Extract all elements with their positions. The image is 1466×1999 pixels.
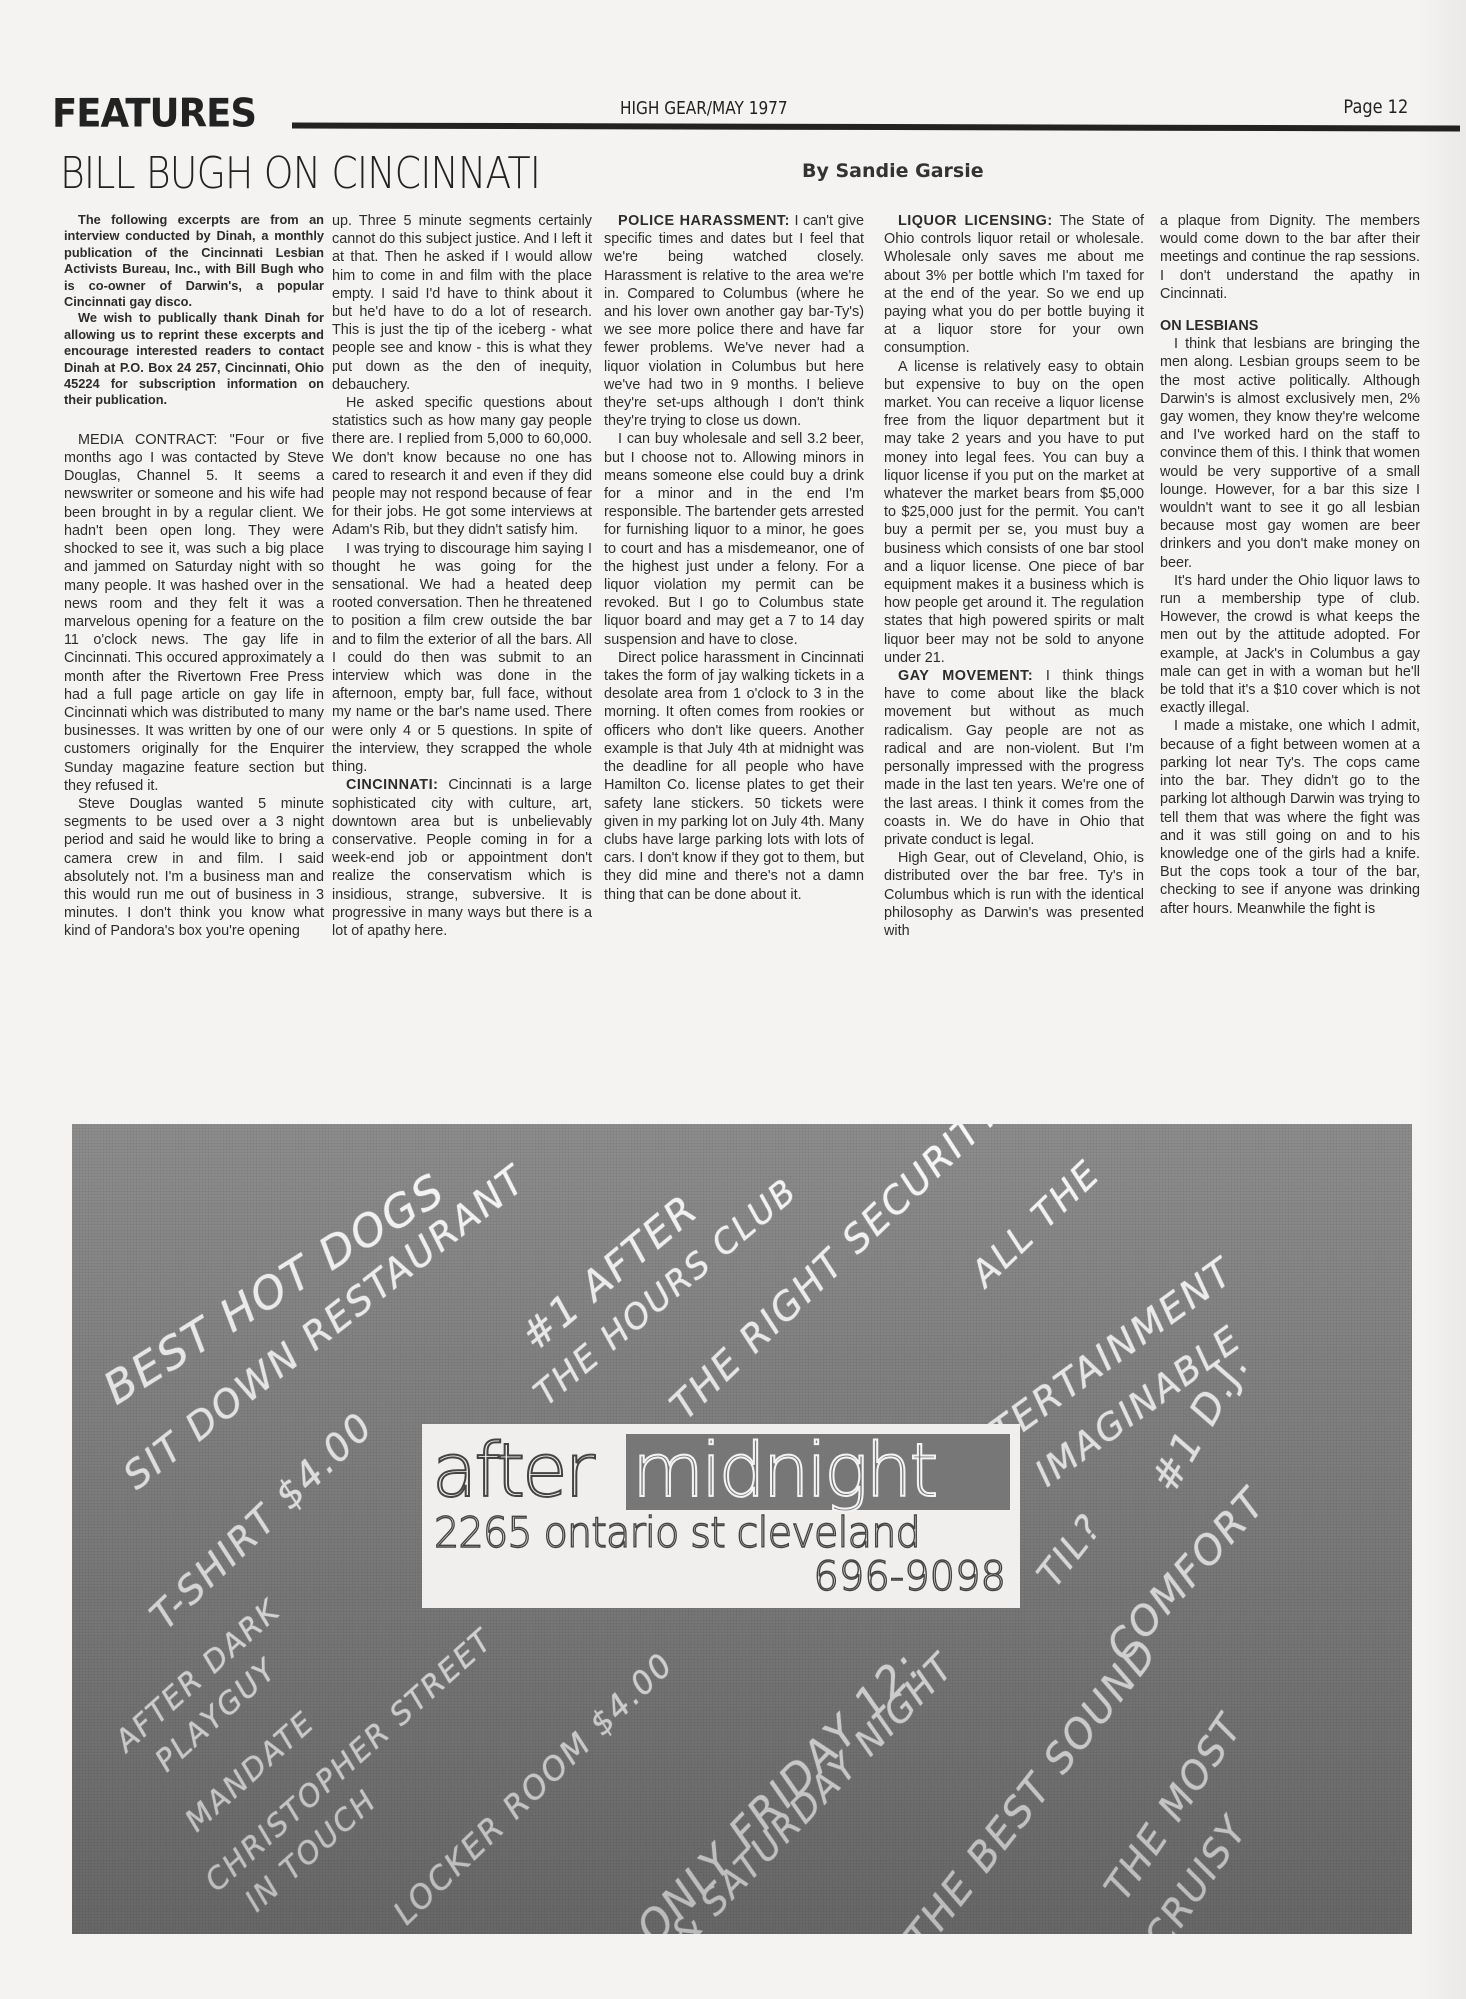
paragraph: I made a mistake, one which I admit, bec… bbox=[1160, 717, 1420, 917]
masthead: FEATURES HIGH GEAR/MAY 1977 Page 12 bbox=[52, 92, 1412, 132]
ad-address: 2265 ontario st cleveland bbox=[434, 1508, 920, 1557]
article-byline: By Sandie Garsie bbox=[802, 160, 984, 182]
paragraph: up. Three 5 minute segments certainly ca… bbox=[332, 212, 592, 394]
paragraph-gay-movement: GAY MOVEMENT: I think things have to com… bbox=[884, 667, 1144, 849]
ad-slogan: TIL? bbox=[1030, 1507, 1111, 1595]
logo-midnight-text: midnight bbox=[632, 1430, 935, 1512]
paragraph: a plaque from Dignity. The members would… bbox=[1160, 212, 1420, 303]
column-1: The following excerpts are from an inter… bbox=[64, 212, 324, 941]
after-midnight-logo: after midnight 2265 ontario st cleveland… bbox=[422, 1424, 1020, 1608]
subhead-police-harassment: POLICE HARASSMENT: bbox=[618, 213, 790, 229]
paragraph: I think that lesbians are bringing the m… bbox=[1160, 335, 1420, 572]
paragraph: MEDIA CONTRACT: "Four or five months ago… bbox=[64, 431, 324, 795]
logo-after-text: after bbox=[432, 1430, 592, 1512]
paragraph: I can buy wholesale and sell 3.2 beer, b… bbox=[604, 430, 864, 648]
paragraph: A license is relatively easy to obtain b… bbox=[884, 358, 1144, 667]
after-midnight-advertisement: BEST HOT DOGS SIT DOWN RESTAURANT #1 AFT… bbox=[72, 1124, 1412, 1934]
paragraph: He asked specific questions about statis… bbox=[332, 394, 592, 540]
paragraph: Steve Douglas wanted 5 minute segments t… bbox=[64, 795, 324, 941]
paragraph-police: POLICE HARASSMENT: I can't give specific… bbox=[604, 212, 864, 430]
page-edge-shadow bbox=[1416, 0, 1466, 1999]
masthead-rule bbox=[292, 122, 1460, 131]
publication-date: HIGH GEAR/MAY 1977 bbox=[620, 98, 788, 119]
ad-slogan: ONLY FRIDAY 12: bbox=[627, 1641, 931, 1934]
paragraph: Direct police harassment in Cincinnati t… bbox=[604, 649, 864, 904]
ad-slogan: ALL THE bbox=[964, 1153, 1109, 1295]
column-5: a plaque from Dignity. The members would… bbox=[1160, 212, 1420, 918]
subhead-cincinnati: CINCINNATI: bbox=[346, 777, 438, 793]
headline-row: BILL BUGH ON CINCINNATI By Sandie Garsie bbox=[60, 148, 1360, 196]
ad-slogan: & SATURDAY NIGHT bbox=[663, 1646, 963, 1934]
heading-on-lesbians: ON LESBIANS bbox=[1160, 317, 1420, 335]
article-headline: BILL BUGH ON CINCINNATI bbox=[60, 148, 540, 199]
subhead-liquor-licensing: LIQUOR LICENSING: bbox=[898, 213, 1053, 229]
paragraph: I was trying to discourage him saying I … bbox=[332, 540, 592, 777]
paragraph-cincinnati: CINCINNATI: Cincinnati is a large sophis… bbox=[332, 776, 592, 940]
ad-phone: 696-9098 bbox=[813, 1554, 1006, 1600]
intro-paragraph: The following excerpts are from an inter… bbox=[64, 212, 324, 310]
column-4: LIQUOR LICENSING: The State of Ohio cont… bbox=[884, 212, 1144, 940]
paragraph: High Gear, out of Cleveland, Ohio, is di… bbox=[884, 849, 1144, 940]
page-number: Page 12 bbox=[1343, 96, 1408, 118]
paragraph-liquor: LIQUOR LICENSING: The State of Ohio cont… bbox=[884, 212, 1144, 358]
intro-paragraph: We wish to publically thank Dinah for al… bbox=[64, 310, 324, 408]
column-3: POLICE HARASSMENT: I can't give specific… bbox=[604, 212, 864, 904]
subhead-gay-movement: GAY MOVEMENT: bbox=[898, 668, 1033, 684]
column-2: up. Three 5 minute segments certainly ca… bbox=[332, 212, 592, 940]
paragraph: It's hard under the Ohio liquor laws to … bbox=[1160, 572, 1420, 718]
section-name: FEATURES bbox=[52, 91, 256, 136]
article-body: The following excerpts are from an inter… bbox=[64, 212, 1424, 1124]
